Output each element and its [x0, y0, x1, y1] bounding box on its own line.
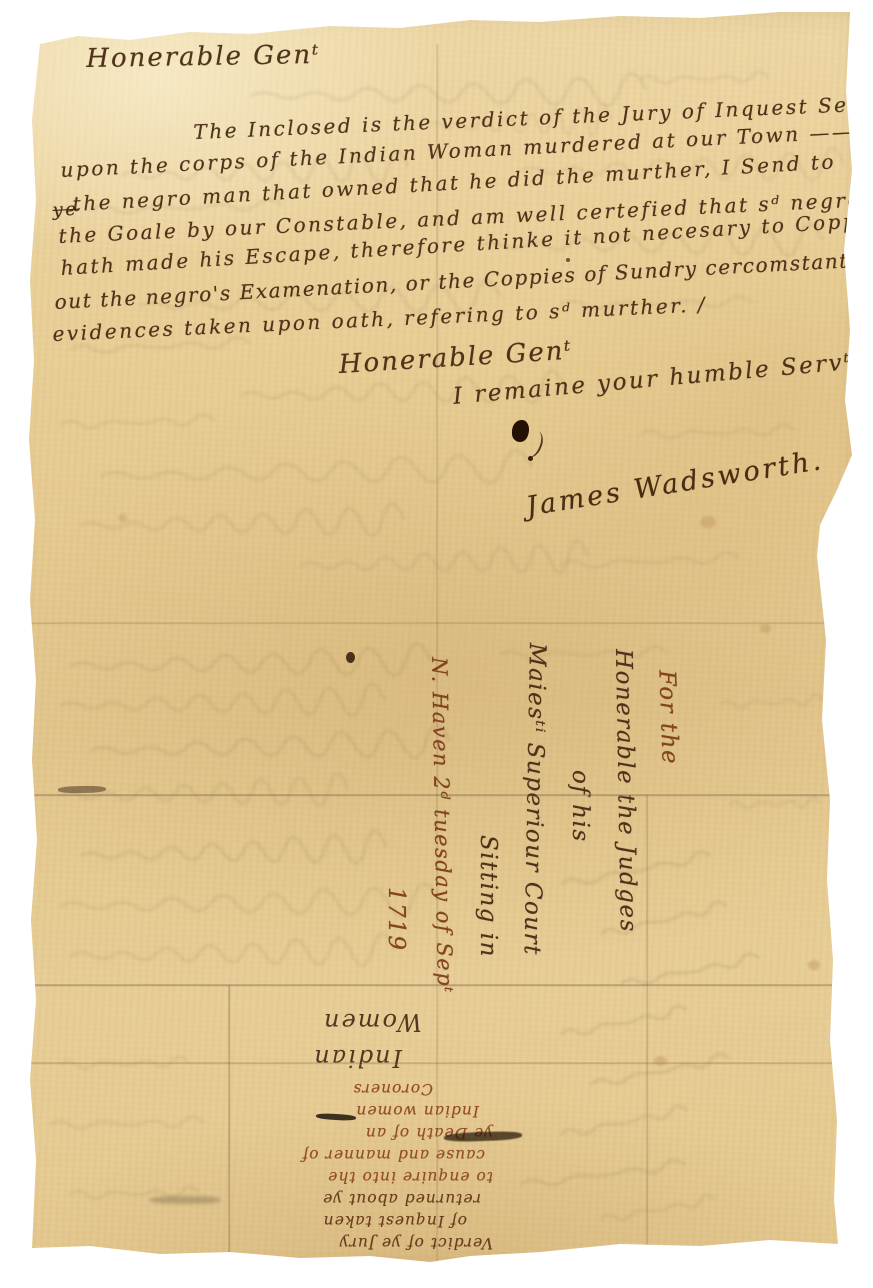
docket-line: Verdict of ye Jury [225, 1232, 493, 1254]
docket-block: Verdict of ye Jury of Inquest taken retu… [225, 1078, 493, 1254]
docket-line: cause and manner of [225, 1144, 485, 1166]
salutation: Honerable Genᵗ [86, 40, 321, 74]
address-line: For the [643, 669, 700, 991]
manuscript-paper: Honerable Genᵗ The Inclosed is the verdi… [0, 0, 873, 1288]
address-line: N. Haven 2ᵈ tuesday of Sepᵗ [416, 657, 468, 992]
address-line: Honerable the Judges [600, 649, 652, 992]
ink-blot-dot [528, 456, 533, 461]
docket-line: Indian women [225, 1100, 479, 1122]
reversed-label: Indian Women [272, 1004, 422, 1076]
docket-line: to enquire into the [225, 1166, 493, 1188]
address-line: of his [557, 770, 603, 991]
address-line: 1719 [373, 887, 419, 991]
docket-line: of Inquest taken [225, 1210, 467, 1232]
docket-line: returned about ye [225, 1188, 481, 1210]
reversed-label-line: Indian [272, 1040, 402, 1076]
scanned-manuscript-photo: Honerable Genᵗ The Inclosed is the verdi… [0, 0, 873, 1288]
reversed-label-line: Women [272, 1004, 422, 1040]
address-panel: For the Honerable the Judges of his Maie… [365, 635, 695, 991]
docket-line: Coroners [225, 1078, 433, 1100]
address-line: Maiesᵗⁱ Superiour Court [508, 643, 560, 992]
address-line: Sitting in [465, 835, 511, 991]
docket-line: ye Death of an [225, 1122, 493, 1144]
